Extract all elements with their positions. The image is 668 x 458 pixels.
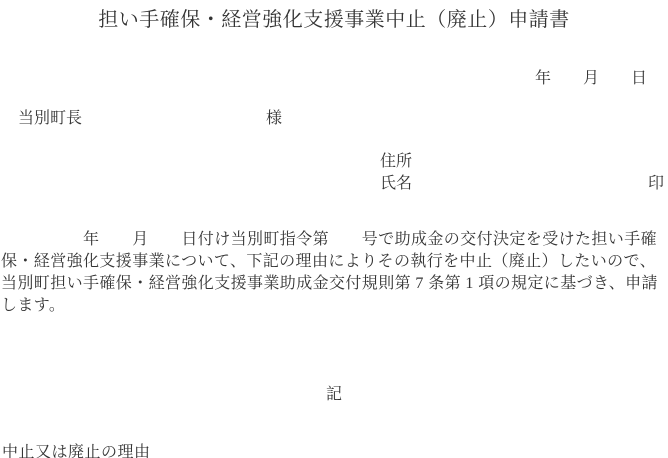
body-line: します。 (1, 295, 668, 317)
page-title: 担い手確保・経営強化支援事業中止（廃止）申請書 (0, 3, 668, 32)
body-line: 当別町担い手確保・経営強化支援事業助成金交付規則第 7 条第 1 項の規定に基づ… (1, 273, 668, 295)
addressee-name: 当別町長 (18, 105, 82, 128)
body-line: 保・経営強化支援事業について、下記の理由によりその執行を中止（廃止）したいので、 (1, 251, 668, 273)
addressee-honorific: 様 (266, 105, 282, 128)
applicant-address-label: 住所 (380, 148, 412, 171)
seal-mark: 印 (648, 170, 664, 193)
section-marker-ki: 記 (0, 381, 668, 404)
body-line: 年 月 日付け当別町指令第 号で助成金の交付決定を受けた担い手確 (1, 229, 668, 251)
reason-heading: 中止又は廃止の理由 (2, 439, 151, 458)
applicant-name-label: 氏名 (380, 170, 412, 193)
date-line: 年 月 日 (535, 65, 647, 88)
application-form-document: 担い手確保・経営強化支援事業中止（廃止）申請書 年 月 日 当別町長 様 住所 … (0, 0, 668, 458)
body-paragraph: 年 月 日付け当別町指令第 号で助成金の交付決定を受けた担い手確 保・経営強化支… (1, 229, 668, 317)
